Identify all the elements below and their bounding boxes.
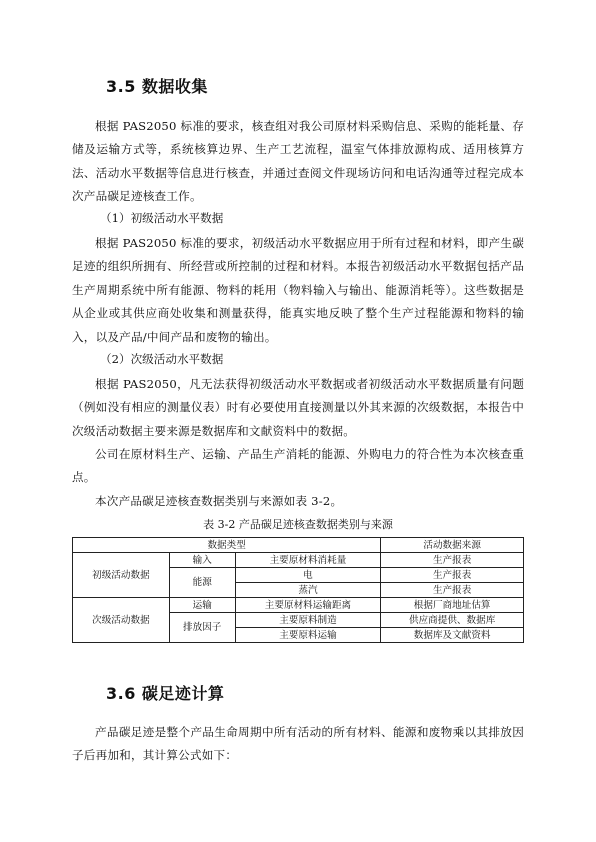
table-caption: 表 3-2 产品碳足迹核查数据类别与来源 [72,516,524,532]
item: 主要原材料运输距离 [235,598,381,613]
sub-category: 输入 [169,553,235,568]
paragraph-calculation: 产品碳足迹是整个产品生命周期中所有活动的所有材料、能源和废物乘以其排放因子后再加… [72,721,524,768]
header-data-source: 活动数据来源 [381,538,524,553]
section-heading-3-6: 3.6 碳足迹计算 [106,681,224,704]
item: 主要原材料消耗量 [235,553,381,568]
paragraph-secondary-data: 根据 PAS2050，凡无法获得初级活动水平数据或者初级活动水平数据质量有问题（… [72,373,524,443]
sub-category: 排放因子 [169,613,235,643]
subheading-primary-data: （1）初级活动水平数据 [100,210,223,226]
paragraph-intro: 根据 PAS2050 标准的要求，核查组对我公司原材料采购信息、采购的能耗量、存… [72,115,524,209]
sub-category: 运输 [169,598,235,613]
group-label: 次级活动数据 [73,598,170,643]
source: 生产报表 [381,583,524,598]
source: 根据厂商地址估算 [381,598,524,613]
sub-category: 能源 [169,568,235,598]
table-row: 次级活动数据 运输 主要原材料运输距离 根据厂商地址估算 [73,598,524,613]
item: 电 [235,568,381,583]
source: 生产报表 [381,568,524,583]
header-data-type: 数据类型 [73,538,381,553]
section-heading-3-5: 3.5 数据收集 [106,74,208,97]
paragraph-table-ref: 本次产品碳足迹核查数据类别与来源如表 3-2。 [72,490,524,513]
table-row: 初级活动数据 输入 主要原材料消耗量 生产报表 [73,553,524,568]
paragraph-focus: 公司在原材料生产、运输、产品生产消耗的能源、外购电力的符合性为本次核查重点。 [72,443,524,490]
item: 主要原料制造 [235,613,381,628]
group-label: 初级活动数据 [73,553,170,598]
item: 蒸汽 [235,583,381,598]
subheading-secondary-data: （2）次级活动水平数据 [100,351,223,367]
source: 供应商提供、数据库 [381,613,524,628]
paragraph-primary-data: 根据 PAS2050 标准的要求，初级活动水平数据应用于所有过程和材料，即产生碳… [72,232,524,349]
source: 数据库及文献资料 [381,628,524,643]
table-header-row: 数据类型 活动数据来源 [73,538,524,553]
data-source-table: 数据类型 活动数据来源 初级活动数据 输入 主要原材料消耗量 生产报表 能源 电… [72,537,524,643]
item: 主要原料运输 [235,628,381,643]
source: 生产报表 [381,553,524,568]
